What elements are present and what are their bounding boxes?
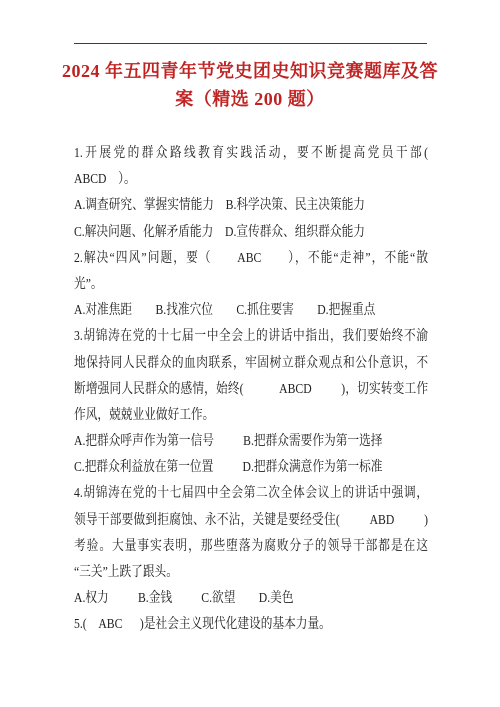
question-1-answer-line: ABCD ）。 xyxy=(74,167,428,193)
question-2-stem-line-2: 光”。 xyxy=(74,272,428,298)
question-3-stem-line-2: 地保持同人民群众的血肉联系，牢固树立群众观点和公仆意识，不 xyxy=(74,351,428,377)
title-line-1: 2024 年五四青年节党史团史知识竞赛题库及答 xyxy=(50,57,450,85)
question-4-options: A.权力 B.金钱 C.欲望 D.美色 xyxy=(74,586,428,612)
question-4-stem-line-4: “三关”上跌了跟头。 xyxy=(74,560,428,586)
question-4-stem-line-3: 考验。大量事实表明，那些堕落为腐败分子的领导干部都是在这 xyxy=(74,534,428,560)
question-4-stem-line-2: 领导干部要做到拒腐蚀、永不沾，关键是要经受住( ABD ) xyxy=(74,508,428,534)
question-3-stem-line-1: 3.胡锦涛在党的十七届一中全会上的讲话中指出，我们要始终不渝 xyxy=(74,324,428,350)
question-3-stem-line-3: 断增强同人民群众的感情，始终( ABCD )，切实转变工作 xyxy=(74,377,428,403)
question-5-stem: 5.( ABC )是社会主义现代化建设的基本力量。 xyxy=(74,612,428,638)
document-page: 2024 年五四青年节党史团史知识竞赛题库及答 案（精选 200 题） 1.开展… xyxy=(0,0,500,707)
title-line-2: 案（精选 200 题） xyxy=(50,85,450,113)
question-list: 1.开展党的群众路线教育实践活动，要不断提高党员干部( ABCD ）。 A.调查… xyxy=(74,141,428,639)
question-3-stem-line-4: 作风，兢兢业业做好工作。 xyxy=(74,403,428,429)
question-2-stem-line-1: 2.解决“四风”问题，要（ ABC ），不能“走神”，不能“散 xyxy=(74,246,428,272)
question-2-options: A.对准焦距 B.找准穴位 C.抓住要害 D.把握重点 xyxy=(74,298,428,324)
title-divider xyxy=(74,43,427,44)
question-3-options-cd: C.把群众利益放在第一位置 D.把群众满意作为第一标准 xyxy=(74,455,428,481)
document-title: 2024 年五四青年节党史团史知识竞赛题库及答 案（精选 200 题） xyxy=(50,57,450,113)
question-1-options-ab: A.调查研究、掌握实情能力 B.科学决策、民主决策能力 xyxy=(74,193,428,219)
question-4-stem-line-1: 4.胡锦涛在党的十七届四中全会第二次全体会议上的讲话中强调， xyxy=(74,481,428,507)
question-1-stem-line-1: 1.开展党的群众路线教育实践活动，要不断提高党员干部( xyxy=(74,141,428,167)
question-3-options-ab: A.把群众呼声作为第一信号 B.把群众需要作为第一选择 xyxy=(74,429,428,455)
question-1-options-cd: C.解决问题、化解矛盾能力 D.宣传群众、组织群众能力 xyxy=(74,220,428,246)
